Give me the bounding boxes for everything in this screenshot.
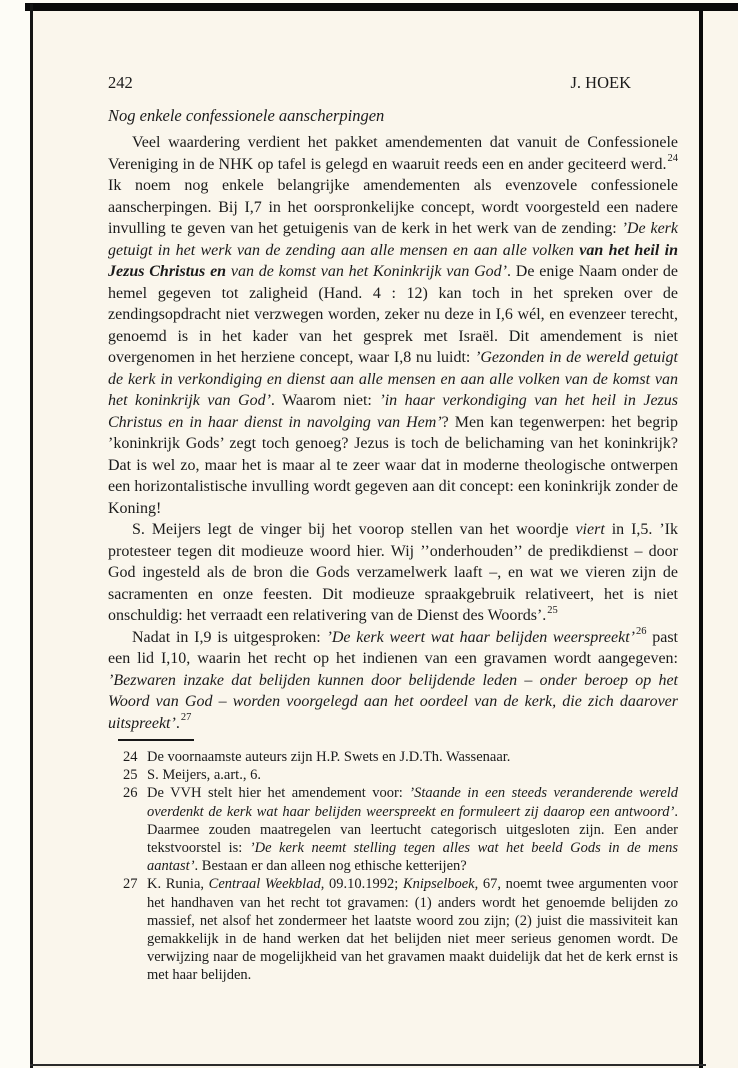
text-segment: K. Runia, [147, 876, 209, 892]
text-segment: . Waarom niet: [271, 392, 379, 409]
text-segment: , 09.10.1992; [321, 876, 403, 892]
footnote-26: 26De VVH stelt hier het amendement voor:… [108, 784, 678, 875]
footnote-ref-24: 24 [668, 153, 679, 164]
text-segment: S. Meijers legt de vinger bij het voorop… [132, 521, 575, 538]
text-segment: viert [575, 521, 604, 538]
body-text: Veel waardering verdient het pakket amen… [108, 132, 678, 734]
scan-border-bottom [30, 1064, 706, 1066]
footnotes: 24De voornaamste auteurs zijn H.P. Swets… [108, 748, 678, 985]
footnote-number: 27 [123, 875, 138, 893]
text-segment: De VVH stelt hier het amendement voor: [147, 785, 409, 801]
running-header: 242 J. HOEK [108, 73, 678, 92]
scan-border-left [30, 4, 33, 1068]
text-segment: ’De kerk weert wat haar belijden weerspr… [327, 629, 635, 646]
text-segment: Centraal Weekblad [209, 876, 321, 892]
footnote-text: De voornaamste auteurs zijn H.P. Swets e… [147, 749, 510, 765]
footnote-text: De VVH stelt hier het amendement voor: ’… [147, 785, 678, 874]
footnote-ref-26: 26 [636, 626, 647, 637]
footnote-separator [118, 739, 194, 741]
footnote-number: 24 [123, 748, 138, 766]
footnote-ref-27: 27 [181, 712, 192, 723]
scanned-page: 242 J. HOEK Nog enkele confessionele aan… [0, 0, 738, 1068]
footnote-text: S. Meijers, a.art., 6. [147, 767, 261, 783]
text-segment: . [176, 715, 180, 732]
text-segment: Knipselboek [403, 876, 475, 892]
text-segment: S. Meijers, a.art., 6. [147, 767, 261, 783]
text-segment: Nadat in I,9 is uitgesproken: [132, 629, 327, 646]
footnote-25: 25S. Meijers, a.art., 6. [108, 766, 678, 784]
text-segment: , 67, noemt twee argumenten voor het han… [147, 876, 678, 983]
footnote-ref-25: 25 [547, 605, 558, 616]
page-number: 242 [108, 73, 133, 92]
footnote-number: 26 [123, 784, 138, 802]
footnote-24: 24De voornaamste auteurs zijn H.P. Swets… [108, 748, 678, 766]
text-segment: Veel waardering verdient het pakket amen… [108, 134, 678, 173]
page-content: 242 J. HOEK Nog enkele confessionele aan… [108, 0, 678, 985]
running-header-author: J. HOEK [571, 73, 632, 92]
section-title: Nog enkele confessionele aanscherpingen [108, 105, 678, 126]
footnote-number: 25 [123, 766, 138, 784]
text-segment: van de komst van het Koninkrijk van God’ [231, 263, 507, 280]
footnote-text: K. Runia, Centraal Weekblad, 09.10.1992;… [147, 876, 678, 983]
footnote-27: 27K. Runia, Centraal Weekblad, 09.10.199… [108, 875, 678, 984]
paragraph-2: S. Meijers legt de vinger bij het voorop… [108, 519, 678, 627]
text-segment: Ik noem nog enkele belangrijke amendemen… [108, 177, 678, 237]
text-segment: De voornaamste auteurs zijn H.P. Swets e… [147, 749, 510, 765]
text-segment: ’Bezwaren inzake dat belijden kunnen doo… [108, 672, 678, 732]
scan-border-right [699, 7, 703, 1068]
text-segment: . Bestaan er dan alleen nog ethische ket… [195, 858, 467, 874]
paragraph-1: Veel waardering verdient het pakket amen… [108, 132, 678, 519]
paragraph-3: Nadat in I,9 is uitgesproken: ’De kerk w… [108, 627, 678, 735]
